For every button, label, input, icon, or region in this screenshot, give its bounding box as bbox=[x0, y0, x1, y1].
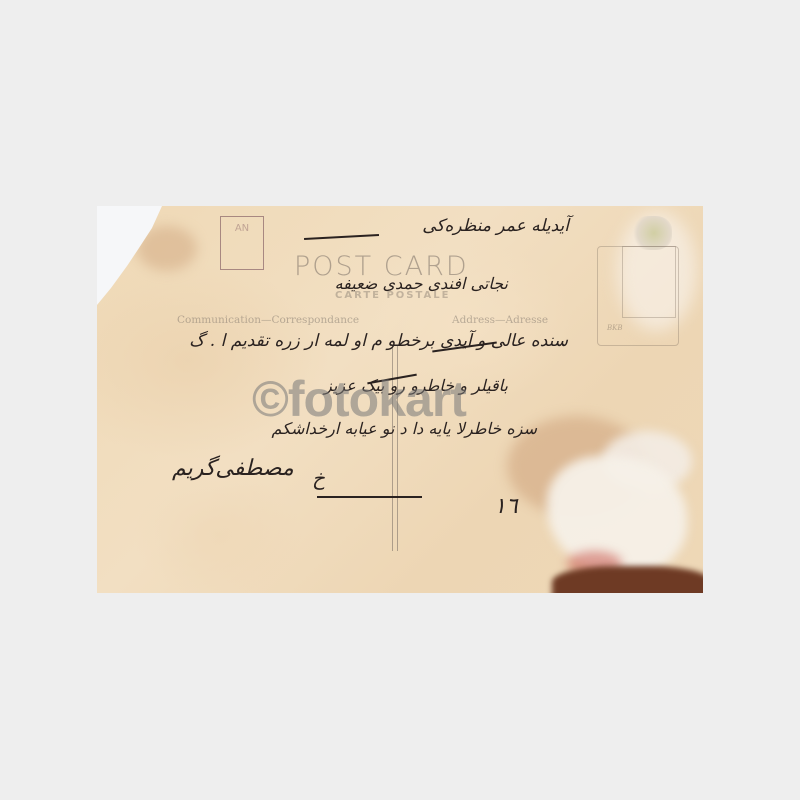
postcard-surface: AN POST CARD CARTE POSTALE Communication… bbox=[97, 206, 703, 593]
communication-label: Communication—Correspondance bbox=[177, 314, 359, 326]
dark-burn-stain bbox=[552, 566, 703, 593]
signature-initial: خ bbox=[312, 466, 325, 490]
address-label: Address—Adresse bbox=[452, 314, 548, 326]
handwritten-number: ١٦ bbox=[494, 494, 518, 519]
handwritten-line: سنده عالی و آیدی برخطو م او لمه ار زره ت… bbox=[189, 331, 568, 351]
handwritten-line: آیدیله عمر منظره‌کی bbox=[422, 216, 569, 236]
pen-stroke bbox=[304, 234, 379, 239]
signature-underline bbox=[317, 496, 422, 498]
watermark: ©fotokart bbox=[252, 370, 466, 428]
stamp-remnant bbox=[632, 216, 672, 250]
postmark-box: AN bbox=[220, 216, 264, 270]
stamp-box-text: BKB bbox=[607, 324, 623, 332]
handwritten-line: نجاتی افندی حمدی ضعیفه bbox=[335, 274, 508, 293]
signature: مصطفی‌گریم bbox=[172, 456, 294, 481]
stamp-outline bbox=[622, 246, 676, 318]
corner-stain bbox=[137, 226, 197, 271]
postcard-photo: AN POST CARD CARTE POSTALE Communication… bbox=[97, 206, 703, 593]
